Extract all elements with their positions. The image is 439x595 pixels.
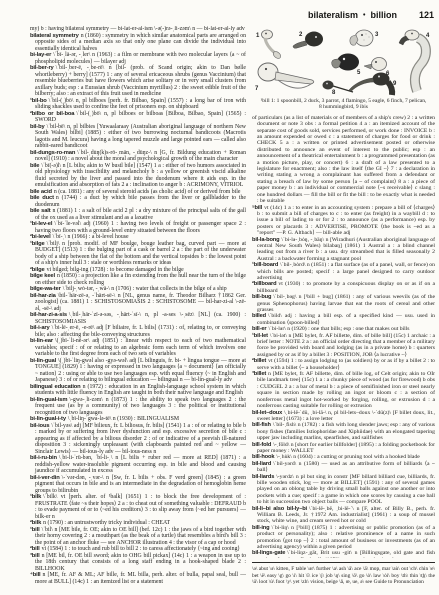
entry-headword: ²bilge: [30, 267, 45, 273]
dictionary-entry: ¹bil-let\ˈbi-lət\ n [ME bylet, fr. AF bi…: [252, 333, 435, 359]
guide-words: bilateralism • billion: [308, 10, 397, 20]
dictionary-entry: ²bilbo or bil-boa\ˈbil-(ˌ)bō\ n, pl bilb…: [30, 111, 246, 124]
entry-headword: billed: [252, 313, 266, 319]
entry-headword: bi-lin-ear: [30, 338, 53, 344]
entry-headword: ²bill: [30, 546, 40, 552]
guide-words-bullet-icon: •: [363, 12, 365, 19]
dictionary-column-left: my) b : having bilateral symmetry — bi-l…: [30, 26, 246, 586]
flamingo-bill-icon: [399, 30, 426, 91]
entry-headword: bil-har-zia: [30, 293, 56, 299]
entry-body: n (1744) : a duct by which bile passes f…: [35, 195, 246, 208]
entry-body: n [ME bil, fr. OE bill sword; akin to OH…: [35, 553, 246, 572]
entry-headword: ²bilbo or bil-boa: [30, 111, 74, 117]
figure-number-9: 9: [393, 81, 397, 87]
entry-headword: bi-lin-gual-i-ty: [30, 416, 66, 422]
dictionary-entry: ¹bi-lev-el\ˈbī-ˈle-vəl\ adj (1960) 1 : h…: [30, 221, 246, 234]
dictionary-entry: bilateral symmetryn (1860) : symmetry in…: [30, 33, 246, 53]
entry-headword: bil-li–bi also bil-ly–bi: [252, 506, 307, 512]
figure-number-4: 4: [426, 33, 430, 39]
pronunciation-key: \ə\ abut \ə\ kitten, F table \ər\ furthe…: [252, 562, 435, 586]
entry-body: \ˈbi-lē-ˌer-ē, -e-rē\ adj [F biliaire, f…: [35, 325, 246, 338]
figure-number-1: 1: [256, 33, 260, 39]
entry-body: \ˈbilj-ˌwȯ-tər, -ˌwä-\ n (1706) : water …: [63, 286, 227, 292]
entry-headword: bi-lin-gual-ism: [30, 397, 67, 403]
dictionary-entry: bilingual educationn (1972) : education …: [30, 384, 246, 397]
figure-number-6: 6: [386, 71, 390, 77]
entry-body: n [ME, fr. AF & ML; AF bille, fr. ML bil…: [35, 572, 246, 585]
entry-body: \ˈbild\ adj : having a bill esp. of a sp…: [257, 313, 435, 325]
entry-headword: bill-er: [252, 326, 266, 332]
entry-headword: ²bilk: [30, 520, 41, 526]
entry-body: n [ME bylet, fr. AF billette, dim. of bi…: [257, 371, 435, 409]
entry-headword: bil-liard: [252, 461, 271, 467]
entry-headword: bil-i-ary: [30, 325, 50, 331]
entry-body: n (1850) : a projection like a fin exten…: [35, 273, 246, 286]
entry-headword: ¹bil-bo: [30, 98, 47, 104]
entry-headword: ³bill: [30, 553, 40, 559]
entry-body: \ˈbil-(ˌ)bō\ n, pl bilboes [perh. fr. Bi…: [35, 98, 246, 111]
dictionary-entry: bil-har-zia\bil-ˈhär-zē-ə, -ˈhärt-sē-\ n…: [30, 293, 246, 313]
dictionary-entry: ⁴billn [ME, fr. AF & ML; AF bille, fr. M…: [30, 572, 246, 585]
hummingbird-bill-icon: [323, 81, 354, 93]
right-entries: of particulars (as a list of materials o…: [252, 115, 435, 558]
dictionary-entry: bil-by\ˈbil-bē\ n, pl bilbies [Yuwaalara…: [30, 124, 246, 150]
dictionary-entry: bile\ˈbī(-ə)l\ n [L bilis; akin to W bus…: [30, 163, 246, 189]
eagle-bill-icon: [332, 54, 359, 71]
entry-body: \bil-ˈhär-zē-ə, -ˈhärt-sē-\ n [NL, genus…: [35, 293, 246, 312]
entry-headword: bil-ber-ry: [30, 65, 54, 71]
bird-bills-figure: 1 2 3 4 5 6 7 8 9: [252, 28, 435, 96]
dictionary-entry: bile ductn (1744) : a duct by which bile…: [30, 195, 246, 208]
entry-body: \ˈbil-yəs\ adj [MF bilieux, fr. L bilios…: [35, 423, 246, 455]
finch-bill-icon: [364, 58, 387, 71]
dictionary-entry: bill-fold\-ˌfōld\ n [short for earlier b…: [252, 442, 435, 455]
dictionary-entry: ⁵billvt (14c) 1 a : to enter in an accou…: [252, 205, 435, 237]
entry-body: \ˈbil\ n [ME bile, fr. OE; akin to OE bi…: [35, 527, 246, 546]
dictionary-entry: bil-har-zi-a-sis\ˌbil-ˌhär-ˈzī-ə-səs, -ˌ…: [30, 312, 246, 325]
parrot-bill-icon: [350, 30, 373, 46]
entry-headword: bil-i-ru-bin: [30, 455, 57, 461]
dictionary-entry: bil-i-ru-bin\ˌbi-li-ˈrü-bən, ˈbi-li-ˌ\ n…: [30, 455, 246, 475]
entry-body: \ˌbi-li-ˈrü-bən, ˈbi-li-ˌ\ n [L bilis + …: [35, 455, 246, 474]
entry-body: \(ˌ)bī-ˈli-nē-ər\ adj (1851) : linear wi…: [35, 338, 246, 357]
dictionary-entry: ²billboardvt (1930) : to promote by a co…: [252, 281, 435, 294]
entry-body: \(ˌ)bī-ˈliŋ-gwəl also -gyə-wəl\ adj [L b…: [35, 358, 246, 384]
entry-headword: bil-by: [30, 124, 45, 130]
entry-headword: bile acid: [30, 189, 52, 195]
dictionary-entry: bilge keeln (1850) : a projection like a…: [30, 273, 246, 286]
dictionary-entry: bill-bug\ˈbil-ˌbəg\ n [¹bill + bug] (186…: [252, 294, 435, 313]
entry-headword: bil-i-ver-din: [30, 475, 60, 481]
entry-headword: bil-la-bong: [252, 237, 279, 243]
spoonbill-bill-icon: [262, 30, 283, 60]
dictionary-entry: bil-ber-ry\ˈbil-ˌber-ē, -ˌbe-rē\ n [bil-…: [30, 65, 246, 98]
entry-body: vi bilged; bilg-ing (1728) : to become d…: [47, 267, 184, 273]
entry-body: vt (1930) : to promote by a conspicuous …: [257, 281, 435, 293]
dictionary-entry: bi-lay-er\ˈbī-ˌlā-ər, -ˌler\ n (1963) : …: [30, 52, 246, 65]
entry-body: \ˈbī(-ə)l\ n [L bilis; akin to W bustl b…: [35, 163, 246, 189]
figure-number-3: 3: [375, 32, 379, 38]
entry-headword: bill-bug: [252, 294, 271, 300]
dictionary-entry: bil-i-ver-din\-ˈvər-dən, -ˌvər-\ n [Sw, …: [30, 475, 246, 495]
figure-caption: ¹bill 1: 1 spoonbill, 2 duck, 3 parrot, …: [252, 98, 435, 111]
entry-headword: bilge-wa-ter: [30, 286, 61, 292]
entry-headword: ¹bill-board: [252, 262, 278, 268]
entry-headword: bil-har-zi-a-sis: [30, 312, 67, 318]
dictionary-entry: bil-let–doux\ˌbi-lē-ˈdü, ˌbi-lā-\ n, pl …: [252, 410, 435, 423]
entry-headword: ²bi-level: [30, 234, 51, 240]
entry-headword: bil-let–doux: [252, 410, 282, 416]
entry-headword: bi-lin-gual: [30, 358, 56, 364]
entry-headword: bil-liards: [252, 474, 274, 480]
entry-body: \ˈbi-lə-ˌbȯŋ, -ˌbäŋ\ n [Wiradhuri (Austr…: [257, 237, 435, 262]
figure-number-2: 2: [299, 32, 303, 38]
entry-headword: bill-fish: [252, 422, 271, 428]
dictionary-entry: bile saltn (1881) 1 : a salt of bile aci…: [30, 208, 246, 221]
entry-headword: bil-ious: [30, 423, 49, 429]
entry-body: vt (1594) 1 : to assign lodging to (as s…: [257, 358, 435, 370]
page-header: bilateralism • billion 121: [252, 10, 434, 20]
entry-body: \ˈbil-bē\ n, pl bilbies [Yuwaalaraay (Au…: [35, 124, 246, 150]
entry-body: \ˈbil-yərd\ n (1580) — used as an attrib…: [257, 461, 435, 473]
dictionary-entry: bi-lin-gual\(ˌ)bī-ˈliŋ-gwəl also -gyə-wə…: [30, 358, 246, 384]
entry-body: \ˈbi-lər\ n (1920) : one that bills; esp…: [268, 326, 409, 332]
entry-body: \ˈbil-ˌfish\ n (1782) : a fish with long…: [257, 422, 435, 441]
entry-headword: ¹bilk: [30, 494, 41, 500]
dictionary-entry: of particulars (as a list of materials o…: [252, 115, 435, 205]
dictionary-column-right: 1 2 3 4 5 6 7 8 9 ¹bill 1: 1 spoonbill, …: [252, 26, 435, 586]
entry-body: \ˌbi-lē-ˈdü, ˌbi-lā-\ n, pl bil-lets–dou…: [257, 410, 435, 422]
dictionary-entry: bil-li–bi also bil-ly–bi\ˈbi-lē-ˌbē, ˌbi…: [252, 506, 435, 525]
dictionary-entry: ²billetvt (1594) 1 : to assign lodging t…: [252, 358, 435, 371]
dictionary-entry: bi-lin-ear\(ˌ)bī-ˈli-nē-ər\ adj (1851) :…: [30, 338, 246, 358]
entry-headword: ⁴bill: [30, 572, 41, 578]
entry-body: n (ca. 1881) : any of several steroid ac…: [54, 189, 241, 195]
entry-body: \ˈbilj\ n [prob. modif. of MF boulge, bo…: [35, 241, 246, 267]
dictionary-entry: ¹bilge\ˈbilj\ n [prob. modif. of MF boul…: [30, 241, 246, 267]
entry-headword: bilateral symmetry: [30, 33, 79, 39]
dictionary-entry: billed\ˈbild\ adj : having a bill esp. o…: [252, 313, 435, 326]
dictionary-entry: bil-lings-gate\ˈbi-liŋz-ˌgāt, Brit usu -…: [252, 550, 435, 558]
entry-body: \ˈbil-ˌber-ē, -ˌbe-rē\ n [bil- (prob. of…: [35, 65, 246, 97]
dictionary-entry: ¹bill\ˈbil\ n [ME bile, fr. OE; akin to …: [30, 527, 246, 547]
entry-headword: bile salt: [30, 208, 51, 214]
entry-headword: bile: [30, 163, 39, 169]
guide-word-right: billion: [370, 10, 397, 20]
dictionary-entry: bill-ing\ˈbi-liŋ\ n [⁵bill] (1875) 1 : a…: [252, 525, 435, 551]
dictionary-entry: bi-lin-gual-ism\-gwə-ˌli-zəm\ n (1873) 1…: [30, 397, 246, 417]
dictionary-entry: ¹bil-bo\ˈbil-(ˌ)bō\ n, pl bilboes [perh.…: [30, 98, 246, 111]
dictionary-entry: ³billetn [ME bylet, fr. AF billette, dim…: [252, 371, 435, 409]
entry-headword: bilingual education: [30, 384, 81, 390]
dictionary-entry: bil-liard\ˈbil-yərd\ n (1580) — used as …: [252, 461, 435, 474]
entry-body: \ˈbil-ˌbȯrd\ n (1851) : a flat surface (…: [257, 262, 435, 281]
dictionary-entry: ¹bilk\ˈbilk\ vt [perh. alter. of ¹balk] …: [30, 494, 246, 520]
entry-headword: ¹bil-let: [252, 333, 268, 339]
dictionary-entry: ¹bill-board\ˈbil-ˌbȯrd\ n (1851) : a fla…: [252, 262, 435, 281]
entry-headword: bill-hook: [252, 454, 274, 460]
entry-headword: ²billboard: [252, 281, 276, 287]
entry-body: n (1790) : an untrustworthy tricky indiv…: [43, 520, 170, 526]
entry-headword: ²billet: [252, 358, 266, 364]
bird-bills-illustration: 1 2 3 4 5 6 7 8 9: [252, 28, 434, 96]
dictionary-entry: bil-ious\ˈbil-yəs\ adj [MF bilieux, fr. …: [30, 423, 246, 456]
entry-body: \ˈbī-ˌlā-ər, -ˌler\ n (1963) : a film or…: [35, 52, 246, 65]
dictionary-entry: bil-la-bong\ˈbi-lə-ˌbȯŋ, -ˌbäŋ\ n [Wirad…: [252, 237, 435, 263]
entry-body: \-ˈvər-dən, -ˌvər-\ n [Sw, fr. L bilis +…: [35, 475, 246, 494]
figure-number-7: 7: [255, 86, 259, 92]
dictionary-entry: bil-dungs-ro-man\ˈbil-ˌdu̇ŋ(k)s-rō-ˌmän,…: [30, 150, 246, 163]
entry-body: of particulars (as a list of materials o…: [252, 115, 435, 204]
pelican-bill-icon: [258, 63, 314, 88]
entry-body: \-yərdz\ n pl but sing in constr [MF bil…: [257, 474, 435, 506]
entry-body: \-ˌhu̇k\ n (1604) : a cutting or pruning…: [276, 454, 419, 460]
entry-headword: ¹bi-lev-el: [30, 221, 52, 227]
entry-body: \ˈbil-ˌbəg\ n [¹bill + bug] (1861) : any…: [257, 294, 435, 313]
figure-number-8: 8: [332, 90, 336, 96]
entry-headword: bil-dungs-ro-man: [30, 150, 75, 156]
entry-body: \ˈbī-ˌ\ n (1966) : a bi-level house: [53, 234, 129, 240]
entry-headword: bill-fold: [252, 442, 271, 448]
duck-bill-icon: [293, 32, 323, 49]
entry-headword: bil-lings-gate: [252, 550, 285, 556]
entry-body: vi (1584) 1 : to touch and rub bill to b…: [42, 546, 240, 552]
entry-headword: ⁵bill: [252, 205, 262, 211]
dictionary-page: bilateralism • billion 121 my) b : havin…: [0, 0, 439, 595]
entry-body: \-ˌfōld\ n [short for earlier billfolder…: [257, 442, 435, 454]
entry-headword: bile duct: [30, 195, 54, 201]
entry-body: \ˈbi-liŋ\ n [⁵bill] (1875) 1 : advertisi…: [257, 525, 435, 550]
dictionary-entry: bil-liards\-yərdz\ n pl but sing in cons…: [252, 474, 435, 506]
entry-headword: bill-ing: [252, 525, 269, 531]
page-number: 121: [419, 10, 434, 20]
entry-body: \ˈbilk\ vt [perh. alter. of ¹balk] (1651…: [35, 494, 246, 520]
entry-body: \ˌbī-liŋ-ˈgwa-lə-tē\ n (1930) : BILINGUA…: [68, 416, 179, 422]
dictionary-entry: bill-fish\ˈbil-ˌfish\ n (1782) : a fish …: [252, 422, 435, 441]
entry-body: n (1881) 1 : a salt of bile acid 2 pl : …: [35, 208, 246, 221]
entry-headword: bi-lay-er: [30, 52, 51, 58]
guide-word-left: bilateralism: [308, 10, 358, 20]
dictionary-entry: ³billn [ME bil, fr. OE bill sword; akin …: [30, 553, 246, 573]
entry-body: my) b : having bilateral symmetry — bi-l…: [30, 26, 245, 32]
entry-headword: ¹bill: [30, 527, 40, 533]
entry-body: \ˈbi-lət\ n [ME bylet, fr. AF billette, …: [257, 333, 435, 358]
entry-headword: bilge keel: [30, 273, 55, 279]
entry-body: vt (14c) 1 a : to enter in an accounting…: [257, 205, 435, 237]
figure-number-5: 5: [357, 70, 361, 76]
entry-body: \ˈbī-ˈle-vəl\ adj (1960) 1 : having two …: [35, 221, 246, 234]
entry-headword: ¹bilge: [30, 241, 45, 247]
dictionary-entry: bil-i-ary\ˈbi-lē-ˌer-ē, -e-rē\ adj [F bi…: [30, 325, 246, 338]
